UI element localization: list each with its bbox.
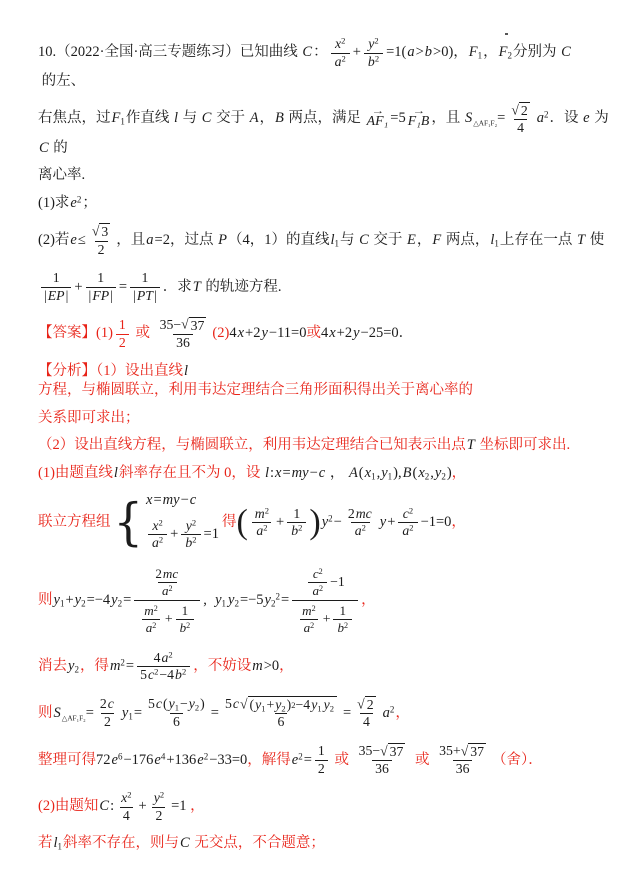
math-variable: x [328,324,336,344]
math-variable: EP [47,288,66,305]
math-variable: C [38,139,50,159]
superscript: 2 [275,592,280,602]
fraction-denominator: b2 [181,534,200,552]
subscript: 2 [508,51,513,61]
text-run: 交于 [370,231,406,251]
text-run: 4 [229,324,236,344]
math-variable: my [291,464,310,484]
math-variable: y2 [323,697,335,714]
subscript: 2 [74,665,79,675]
math-variable: x1 [364,464,377,484]
fraction-denominator: 6 [170,713,183,731]
text-run: = [86,704,94,724]
text-run: 1 [182,603,189,619]
subscript: 2 [234,599,239,609]
math-fraction: 35−√3736 [356,743,409,778]
superscript: 2 [319,584,323,593]
text-run: 35− [160,317,182,334]
text-run: ．求 [163,278,192,298]
text-run: =−5 [240,591,264,611]
text-run: ．设 [550,109,583,129]
math-variable: y2 [367,36,379,53]
text-run: = [119,278,127,298]
math-variable: S [53,705,62,721]
math-variable: l1 [329,231,340,251]
math-variable: e [582,109,590,129]
text-run: 坐标即可求出. [476,436,570,456]
text-run: 与 [340,231,358,251]
text-run: =1 [171,797,186,817]
math-variable: FP [91,288,110,305]
system-rows: x=my−cx2a2+y2b2=1 [145,491,219,554]
subscript: 2 [81,599,86,609]
math-variable: c [107,696,115,713]
text-run: 2 [119,335,126,352]
radical-sign-icon: √ [92,225,100,239]
math-variable: y [379,513,387,533]
math-fraction: 35−√3736 [157,317,210,352]
math-fraction: y22 [150,790,168,824]
math-variable: y22 [264,591,281,611]
fraction-denominator: |EP| [41,287,71,305]
math-variable: a [145,231,154,251]
fraction-numerator: x2 [117,790,135,807]
text-run: 1 [53,270,60,287]
problem-statement-line-3: 离心率. [38,166,616,186]
math-variable: a2 [401,523,414,540]
fraction-denominator: a2 [148,534,167,552]
text-run: +2 [245,324,260,344]
math-variable: y2 [74,591,87,611]
math-fraction: 1b2 [176,603,195,635]
fraction-denominator: 36 [173,334,193,352]
fraction-numerator: 1 [336,603,349,619]
fraction-denominator: a2 [300,619,319,636]
math-fraction: √32 [89,223,113,258]
solution-vieta-line: 则y1+y2=−4y2=2mca2m2a2+1b2, y1y2=−5y22=c2… [38,562,616,640]
math-variable: F1 [468,43,483,63]
math-variable: y1 [254,697,266,714]
fraction-numerator: √3 [89,223,113,241]
text-run: 1 [119,317,126,334]
text-run: >0)， [433,43,468,63]
text-run: −25=0 [361,324,399,344]
math-fraction: 1|FP| [86,270,116,304]
subscript: 1 [494,239,499,249]
math-variable: T [576,231,586,251]
math-fraction: 12 [315,743,328,777]
stray-mark [505,33,508,35]
fraction-numerator: √2 [508,102,532,120]
math-variable: c [318,464,326,484]
text-run: 的 [50,139,68,159]
superscript: 2 [159,518,163,528]
fraction-denominator: b2 [287,522,306,540]
text-run: 2 [155,808,162,825]
text-run: = [343,704,351,724]
text-run: − [181,491,189,511]
radical-sign-icon: √ [240,697,248,711]
math-variable: m2 [301,603,317,619]
math-variable: b2 [336,620,349,636]
math-variable: B [274,109,285,129]
text-run: 2 [348,506,355,523]
subscript: 2 [281,703,285,713]
text-run: ， [187,797,205,817]
fraction-numerator: 35−√37 [356,743,409,761]
subscript: 1 [317,703,321,713]
math-sqrt: √37 [461,743,486,761]
text-run: 与 [179,109,201,129]
fraction-denominator: 6 [275,713,288,731]
superscript: 2 [120,658,125,668]
text-run: > [416,43,424,63]
text-run: 5 [140,667,147,684]
math-variable: x2 [417,464,430,484]
radicand: 2 [519,102,530,120]
text-run: ， [361,591,376,611]
math-variable: B [402,464,413,484]
text-run: 2 [521,103,528,120]
fraction-numerator: 1 [290,506,303,523]
text-run: = [281,591,289,611]
text-run: 1 [141,270,148,287]
math-fraction: c2a2 [308,566,327,598]
math-variable: F1 [111,109,126,129]
brace-icon: { [114,503,144,543]
math-fraction: x2a2 [148,518,167,552]
subscript: 2 [195,703,199,713]
fraction-denominator: 2 [101,713,114,731]
subscript: 1 [58,842,63,852]
text-run: 4 [321,324,328,344]
superscript: 2 [341,36,345,46]
fraction-numerator: x2 [148,518,166,535]
fraction-numerator: 1 [116,317,129,334]
math-variable: a2 [145,620,158,636]
fraction-numerator: y2 [364,36,382,53]
text-run: + [165,611,173,628]
math-variable: my [162,491,181,511]
fraction-numerator: c2 [309,566,327,582]
math-variable: P [217,231,228,251]
superscript: 2 [344,621,348,630]
math-fraction: 1|PT| [130,270,160,304]
text-run: 则 [38,591,53,611]
text-run: (2)若 [38,231,69,251]
text-run: + [65,591,73,611]
text-run: 作直线 [126,109,173,129]
math-variable: y2 [110,591,123,611]
math-variable: A [249,109,260,129]
radicand: 37 [189,317,207,335]
fraction-denominator: |FP| [86,287,116,305]
math-variable: a2 [151,535,164,552]
math-variable: e [69,231,77,251]
text-run: 无交点，不合题意； [191,834,325,854]
text-run: （4，1）的直线 [228,231,330,251]
math-variable: c2 [147,667,159,684]
radicand: 2 [365,696,376,714]
text-run: + [387,513,395,533]
math-variable: c [189,491,197,511]
math-variable: c2 [402,506,414,523]
subscript: 2 [425,472,430,482]
text-run: 36 [176,335,190,352]
text-run: 5 [148,696,155,713]
math-fraction: c2a2−1m2a2+1b2 [292,564,358,638]
fraction-denominator: 2 [95,241,108,259]
math-fraction: 4a25c2−4b2 [137,650,190,684]
superscript: 2 [312,604,316,613]
fraction-numerator: 5c√(y1+y2)2−4y1y2 [222,696,340,714]
radical-sign-icon: √ [461,744,469,758]
math-variable: mc [355,506,373,523]
math-fraction: m2a2 [251,506,273,540]
text-run: 36 [375,761,389,778]
problem-statement-line-1: 10.（2022·全国·高三专题练习）已知曲线 C：x2a2+y2b2=1(a>… [38,34,616,92]
math-fraction: m2a2 [298,603,320,635]
subscript: △AF₁F₂ [62,714,86,722]
math-fraction: m2a2 [140,603,162,635]
math-variable: a2 [382,704,396,724]
solution-e-squared-line: 整理可得72e6−176e4+136e2−33=0，解得e2=12 或 35−√… [38,741,616,780]
math-variable: m2 [254,506,270,523]
text-run: : [110,797,114,817]
fraction-numerator: y2 [182,518,200,535]
text-run: 整理可得 [38,751,96,771]
text-run: 斜率不存在，则与 [63,834,179,854]
superscript: 2 [192,518,196,528]
superscript: 2 [127,790,131,800]
fraction-denominator: 4 [120,807,133,825]
question-2-line-2: 1|EP|+1|FP|=1|PT|．求T 的轨迹方程. [38,268,616,306]
math-subscripted: S△AF₁F₂ [464,109,497,129]
math-variable: a2 [334,54,347,71]
fraction-numerator: 2mca2 [146,564,188,600]
fraction-denominator: |PT| [130,287,160,305]
text-run: +136 [166,751,196,771]
text-run: + [170,525,178,545]
text-run: ， [417,231,432,251]
math-variable: a2 [303,620,316,636]
text-run: + [74,278,82,298]
text-run: −4 [296,697,311,714]
text-run: 方程，与椭圆联立，利用韦达定理结合三角形面积得出关于离心率的 [38,381,473,401]
text-run: (1)由题直线 [38,464,113,484]
text-run: ， [451,513,466,533]
math-variable: C [98,797,110,817]
math-fraction: 1|EP| [41,270,71,304]
radical-sign-icon: √ [511,103,519,117]
subscript: 1 [388,472,393,482]
text-run: 【答案】(1) [38,324,113,344]
math-variable: l1 [489,231,500,251]
text-run: 联立方程组 [38,513,111,533]
solution-m-squared-line: 消去y2，得m2=4a25c2−4b2，不妨设m>0， [38,648,616,686]
fraction-denominator: 4 [514,119,527,137]
superscript: 2 [409,505,413,515]
text-run: ， [483,43,498,63]
math-variable: y2 [434,464,447,484]
text-run: 3 [101,224,108,241]
subscript: 1 [371,472,376,482]
text-run: ， [279,657,294,677]
equation-system: {x=my−cx2a2+y2b2=1 [114,491,219,554]
text-run: （2）设出直线方程，与椭圆联立，利用韦达定理结合已知表示出点 [38,436,466,456]
fraction-denominator: a2 [252,522,271,540]
math-variable: y1 [214,591,227,611]
math-variable: c2 [312,566,324,582]
fraction-denominator: a2 [158,582,177,599]
math-fraction: x2a2 [331,36,350,70]
math-variable: c [155,696,163,713]
fraction-denominator: a2 [142,619,161,636]
superscript: 2 [154,604,158,613]
text-run: | [154,288,157,305]
math-variable: A [348,464,359,484]
fraction-denominator: m2a2+1b2 [134,600,200,637]
fraction-numerator: x2 [331,36,349,53]
text-run: 关系即可求出； [38,409,140,429]
math-variable: a2 [354,523,367,540]
text-run: 4 [517,120,524,137]
text-run: 2 [98,242,105,259]
math-variable: F2 [498,43,513,63]
superscript: 2 [362,523,366,533]
superscript: 2 [265,505,269,515]
math-variable: E [406,231,417,251]
math-fraction: 2mca2m2a2+1b2 [134,564,200,638]
fraction-denominator: a2 [308,582,327,599]
text-run: 分别为 [513,43,560,63]
text-run: 的轨迹方程. [202,278,282,298]
text-run: 35+ [439,743,461,760]
math-variable: a2 [536,109,550,129]
fraction-numerator: m2 [251,506,273,523]
math-variable: b2 [174,667,187,684]
superscript: 2 [328,513,333,523]
math-variable: x [237,324,245,344]
superscript: 4 [161,751,166,761]
fraction-numerator: y2 [150,790,168,807]
math-variable: C [179,834,191,854]
text-run: 【分析】（1）设出直线 [38,362,183,382]
math-variable: b2 [179,620,192,636]
text-run: ，且 [116,231,145,251]
math-fraction: c2a2 [398,506,417,540]
text-run: 4 [123,808,130,825]
text-run: 37 [470,744,484,761]
text-run: =2，过点 [155,231,218,251]
fraction-denominator: b2 [364,53,383,71]
analysis-line-1: 【分析】（1）设出直线l方程，与椭圆联立，利用韦达定理结合三角形面积得出关于离心… [38,362,616,401]
text-run: 1 [318,743,325,760]
math-sqrt: √37 [380,743,405,761]
text-run: + [276,513,284,533]
text-run: 斜率存在且不为 0，设 [119,464,264,484]
fraction-numerator: m2 [140,603,162,619]
superscript: 2 [341,53,345,63]
superscript: 6 [118,751,123,761]
math-sqrt: √2 [357,696,375,714]
text-run: 37 [390,744,404,761]
superscript: 2 [298,751,303,761]
superscript: 2 [168,584,172,593]
math-variable: e2 [291,751,304,771]
text-run: = [497,109,505,129]
fraction-numerator: 35−√37 [157,317,210,335]
fraction-numerator: 1 [179,603,192,619]
text-run: −33=0 [209,751,247,771]
math-variable: y1 [121,704,134,724]
math-variable: y2 [321,513,334,533]
text-run: ，不妨设 [193,657,251,677]
subscript: 2 [330,703,334,713]
math-variable: S [464,110,473,126]
fraction-numerator: 1 [138,270,151,287]
superscript: 2 [310,621,314,630]
text-run: | [66,288,69,305]
subscript: 1 [128,711,133,721]
question-1: (1)求e2； [38,194,616,214]
text-run: >0 [264,657,279,677]
text-run: − [310,464,318,484]
solution-part2-ellipse: (2)由题知C:x24+y22=1 ， [38,788,616,826]
math-variable: x2 [151,518,163,535]
text-run: ≤ [78,231,86,251]
radicand: 37 [388,743,406,761]
text-run: − [180,696,188,713]
superscript: 2 [152,621,156,630]
math-variable: y [260,324,268,344]
fraction-numerator: m2 [298,603,320,619]
solution-part1-setup: (1)由题直线l斜率存在且不为 0，设 l:x=my−c ， A(x1,y1),… [38,464,616,484]
text-run: +2 [337,324,352,344]
text-run: = [153,491,161,511]
fraction-denominator: a2 [351,522,370,540]
text-run: 1 [339,603,346,619]
solution-part2-no-slope: 若l1斜率不存在，则与C 无交点，不合题意； [38,834,616,854]
text-run: =1 [204,525,219,545]
math-variable: y2 [188,696,200,713]
math-variable: PT [136,288,154,305]
superscript: 2 [186,621,190,630]
math-variable: x2 [120,790,132,807]
text-run: 两点，满足 [285,109,365,129]
math-variable: c [232,696,240,713]
superscript: 2 [409,523,413,533]
text-run: 为 [591,109,613,129]
math-sqrt: √2 [511,102,529,120]
subscript: 1 [60,599,65,609]
superscript: 2 [182,667,186,677]
text-run: ，且 [431,109,464,129]
fraction-numerator: c2a2−1 [302,564,347,600]
text-run: 4 [363,714,370,731]
text-run: =−4 [87,591,111,611]
system-row: x=my−c [145,491,219,511]
math-fraction: 12 [116,317,129,351]
text-run: 36 [456,761,470,778]
text-run: = [134,704,142,724]
text-run: = [304,751,312,771]
math-variable: T [192,278,202,298]
vector-arrow-icon: → [371,110,384,115]
subscript: 1 [334,239,339,249]
text-run: −1 [330,574,345,591]
subscript: 1 [261,703,265,713]
